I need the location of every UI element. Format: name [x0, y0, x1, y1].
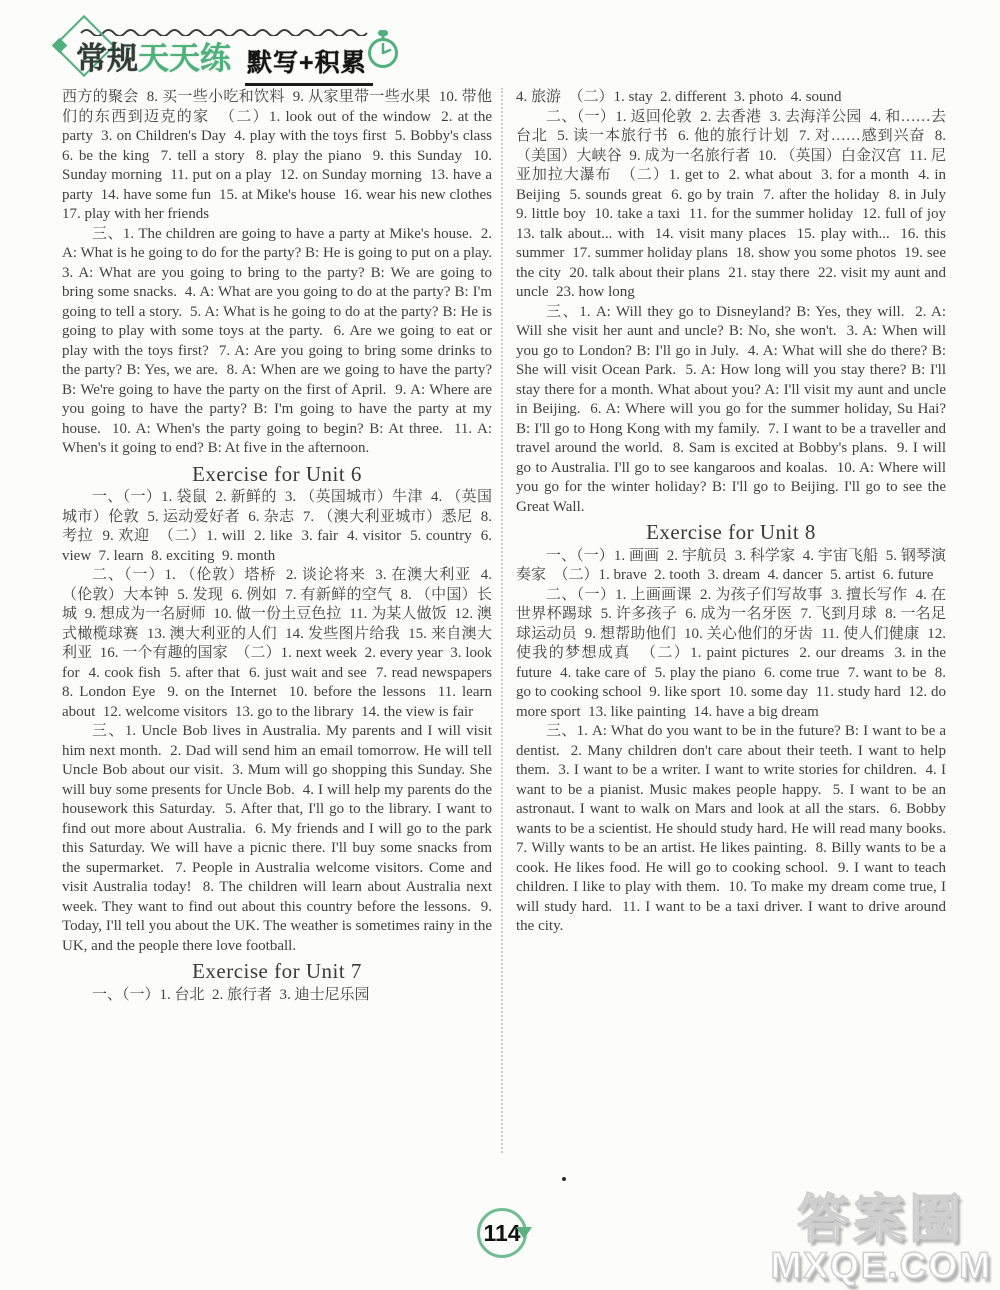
page-number-badge: 114 — [477, 1208, 527, 1258]
unit6-section2-paragraph: 二、（一）1. （伦敦）塔桥 2. 谈论将来 3. 在澳大利亚 4. （伦敦）大… — [62, 566, 492, 722]
workbook-answer-page: 常规天天练默写+积累 西方的聚会 8. 买一些小吃和饮料 9. 从家里带一些水果… — [0, 0, 1000, 1290]
watermark-domain: MXQE.COM — [770, 1246, 992, 1286]
unit5-section3-paragraph: 三、1. The children are going to have a pa… — [62, 225, 492, 459]
unit8-section1-paragraph: 一、（一）1. 画画 2. 宇航员 3. 科学家 4. 宇宙飞船 5. 钢琴演奏… — [516, 547, 946, 586]
brand-title: 常规天天练默写+积累 — [76, 33, 373, 86]
unit8-heading: Exercise for Unit 8 — [516, 523, 946, 543]
unit6-heading: Exercise for Unit 6 — [62, 465, 492, 485]
brand-title-part1: 常规 — [76, 41, 138, 76]
page-number: 114 — [483, 1220, 520, 1247]
page-arrow-icon — [516, 1227, 532, 1239]
brand-subtitle: 默写+积累 — [245, 43, 373, 86]
answers-continued-paragraph: 西方的聚会 8. 买一些小吃和饮料 9. 从家里带一些水果 10. 带他们的东西… — [62, 88, 492, 225]
unit7-heading: Exercise for Unit 7 — [62, 962, 492, 982]
unit7-section1-continued-paragraph: 4. 旅游 （二）1. stay 2. different 3. photo 4… — [516, 88, 946, 108]
unit6-section3-paragraph: 三、1. Uncle Bob lives in Australia. My pa… — [62, 722, 492, 956]
unit7-section1-paragraph: 一、（一）1. 台北 2. 旅行者 3. 迪士尼乐园 — [62, 986, 492, 1006]
answer-columns: 西方的聚会 8. 买一些小吃和饮料 9. 从家里带一些水果 10. 带他们的东西… — [62, 88, 946, 1153]
unit6-section1-paragraph: 一、（一）1. 袋鼠 2. 新鲜的 3. （英国城市）牛津 4. （英国城市）伦… — [62, 488, 492, 566]
watermark-text: 答案圈 — [770, 1194, 992, 1246]
print-dot — [562, 1177, 566, 1181]
brand-header: 常规天天练默写+积累 — [50, 14, 450, 84]
alarm-clock-icon — [362, 28, 404, 72]
unit8-section3-paragraph: 三、1. A: What do you want to be in the fu… — [516, 722, 946, 937]
left-column: 西方的聚会 8. 买一些小吃和饮料 9. 从家里带一些水果 10. 带他们的东西… — [62, 88, 492, 1005]
watermark: 答案圈 MXQE.COM — [770, 1194, 992, 1286]
brand-title-part2: 天天练 — [138, 41, 231, 76]
unit7-section2-paragraph: 二、（一）1. 返回伦敦 2. 去香港 3. 去海洋公园 4. 和……去台北 5… — [516, 108, 946, 303]
column-divider — [501, 88, 503, 1153]
unit8-section2-paragraph: 二、（一）1. 上画画课 2. 为孩子们写故事 3. 擅长写作 4. 在世界杯踢… — [516, 586, 946, 723]
right-column: 4. 旅游 （二）1. stay 2. different 3. photo 4… — [516, 88, 946, 937]
unit7-section3-paragraph: 三、1. A: Will they go to Disneyland? B: Y… — [516, 303, 946, 518]
